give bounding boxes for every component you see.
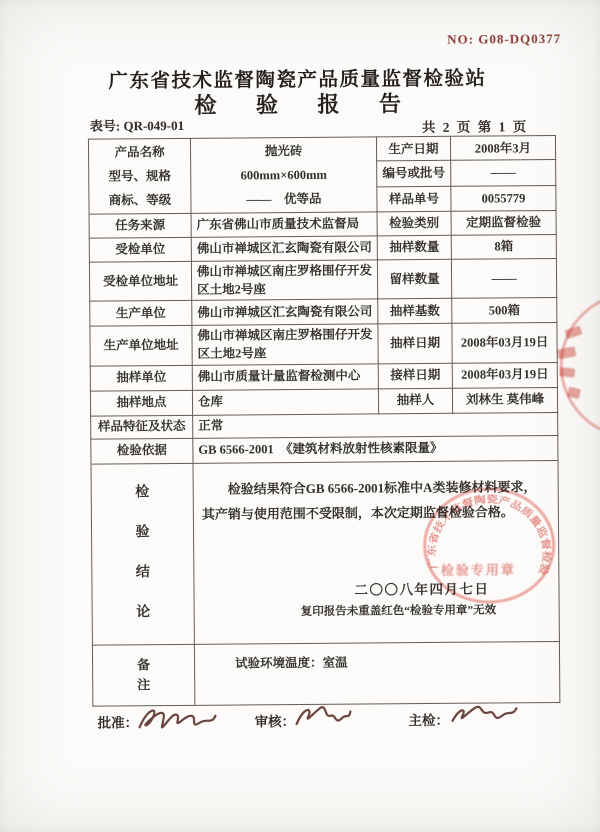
reviewer-signature [292, 700, 354, 738]
conclusion-text: 检验结果符合GB 6566-2001标准中A类装修材料要求，其产销与使用范围不受… [202, 474, 548, 527]
sample-no-value: 0055779 [451, 185, 556, 211]
edge-stamp-mark [559, 367, 575, 377]
scanned-report-page: NO: G08-DQ0377 广东省技术监督陶瓷产品质量监督检验站 检 验 报 … [0, 0, 600, 832]
inspected-addr-label: 受检单位地址 [89, 261, 191, 301]
producer-label: 生产单位 [90, 301, 192, 327]
document: NO: G08-DQ0377 广东省技术监督陶瓷产品质量监督检验站 检 验 报 … [0, 0, 600, 832]
inspected-unit-value: 佛山市禅城区汇玄陶瓷有限公司 [191, 236, 377, 261]
producer-value: 佛山市禅城区汇玄陶瓷有限公司 [192, 299, 378, 325]
batch-no-label: 编号或批号 [377, 161, 451, 187]
sample-qty-value: 8箱 [451, 234, 556, 259]
chief-signature [448, 698, 520, 737]
sample-base-label: 抽样基数 [378, 299, 452, 325]
producer-addr-value: 佛山市禅城区南庄罗格围仔开发区土地2号座 [192, 324, 378, 365]
table-row: 抽样地点 仓库 抽样人 刘林生 莫伟峰 [90, 387, 557, 416]
retained-qty-value: —— [451, 258, 556, 298]
inspection-type-value: 定期监督检验 [451, 210, 556, 235]
retained-qty-label: 留样数量 [377, 259, 451, 299]
table-row: 任务来源 广东省佛山市质量技术监督局 检验类别 定期监督检验 [89, 210, 556, 238]
page-count: 共 2 页 第 1 页 [422, 115, 529, 136]
conclusion-row: 检 验 结 论 检验结果符合GB 6566-2001标准中A类装修材料要求，其产… [91, 460, 559, 645]
sampling-place-value: 仓库 [192, 388, 378, 414]
production-date-label: 生产日期 [376, 136, 450, 161]
brand-grade-label: 商标、等级 [92, 188, 187, 213]
production-date-value: 2008年3月 [450, 135, 555, 160]
sample-qty-label: 抽样数量 [377, 235, 451, 260]
task-source-value: 广东省佛山市质量技术监督局 [191, 212, 377, 237]
sample-state-value: 正常 [193, 412, 558, 438]
sampling-unit-value: 佛山市质量计量监督检测中心 [192, 363, 378, 389]
table-row: 生产单位地址 佛山市禅城区南庄罗格围仔开发区土地2号座 抽样日期 2008年03… [90, 323, 557, 366]
sampling-place-label: 抽样地点 [90, 390, 192, 416]
copy-invalid-note: 复印报告未重盖红色“检验专用章”无效 [301, 602, 497, 620]
table-row: 检验依据 GB 6566-2001 《建筑材料放射性核素限量》 [91, 435, 558, 464]
inspected-unit-label: 受检单位 [89, 237, 191, 262]
sample-base-value: 500箱 [452, 298, 557, 324]
inspection-basis-value: GB 6566-2001 《建筑材料放射性核素限量》 [193, 435, 558, 463]
conclusion-cell: 检验结果符合GB 6566-2001标准中A类装修材料要求，其产销与使用范围不受… [193, 460, 559, 644]
remark-value: 试验环境温度：室温 [194, 641, 559, 705]
conclusion-label-char: 验 [92, 523, 193, 544]
table-row: 抽样单位 佛山市质量计量监督检测中心 接样日期 2008年03月19日 [90, 362, 557, 391]
brand-grade-value: —— 优等品 [194, 186, 373, 211]
table-row: 受检单位 佛山市禅城区汇玄陶瓷有限公司 抽样数量 8箱 [89, 234, 556, 262]
table-row: 受检单位地址 佛山市禅城区南庄罗格围仔开发区土地2号座 留样数量 —— [89, 258, 556, 301]
batch-no-value: —— [451, 160, 556, 186]
sampling-unit-label: 抽样单位 [90, 365, 192, 391]
model-spec-label: 型号、规格 [92, 164, 187, 189]
remark-label-char: 备 [93, 654, 194, 675]
conclusion-date: 二〇〇八年四月七日 [354, 579, 489, 600]
stamp-center-text: 检验专用章 [415, 561, 541, 581]
inspection-type-label: 检验类别 [377, 211, 451, 236]
sample-state-label: 样品特征及状态 [91, 415, 193, 439]
chief-label: 主检： [408, 709, 449, 729]
product-label-cell: 产品名称 型号、规格 商标、等级 [88, 138, 191, 214]
conclusion-label-char: 论 [93, 603, 194, 624]
sampler-value: 刘林生 莫伟峰 [452, 387, 557, 413]
task-source-label: 任务来源 [89, 213, 191, 238]
sampling-date-label: 抽样日期 [378, 324, 452, 364]
remark-label-char: 注 [93, 674, 194, 695]
sampler-label: 抽样人 [378, 388, 452, 414]
conclusion-label-char: 结 [92, 563, 193, 584]
producer-addr-label: 生产单位地址 [90, 326, 192, 366]
receiving-date-label: 接样日期 [378, 363, 452, 389]
product-name-value: 抛光砖 [194, 138, 373, 163]
edge-stamp-icon [559, 292, 600, 439]
sampling-date-value: 2008年03月19日 [452, 323, 557, 363]
review-label: 审核： [254, 710, 295, 730]
inspected-addr-value: 佛山市禅城区南庄罗格围仔开发区土地2号座 [191, 260, 377, 301]
report-table: 产品名称 型号、规格 商标、等级 抛光砖 600mm×600mm —— 优等品 … [88, 135, 560, 706]
product-value-cell: 抛光砖 600mm×600mm —— 优等品 [190, 137, 377, 213]
edge-stamp-mark [567, 387, 581, 400]
receiving-date-value: 2008年03月19日 [452, 362, 557, 388]
table-row: 生产单位 佛山市禅城区汇玄陶瓷有限公司 抽样基数 500箱 [90, 298, 557, 327]
approver-signature [135, 701, 219, 740]
conclusion-label-char: 检 [92, 483, 193, 504]
edge-stamp-mark [557, 346, 577, 359]
conclusion-label-cell: 检 验 结 论 [91, 463, 194, 645]
remark-row: 备 注 试验环境温度：室温 [92, 641, 559, 706]
edge-stamp-mark [564, 326, 582, 340]
approve-label: 批准： [97, 711, 138, 731]
inspection-basis-label: 检验依据 [91, 438, 193, 464]
form-number: 表号: QR-049-01 [90, 115, 184, 135]
model-spec-value: 600mm×600mm [194, 162, 373, 187]
sample-no-label: 样品单号 [377, 186, 451, 212]
product-name-label: 产品名称 [92, 140, 187, 165]
report-number: NO: G08-DQ0377 [447, 31, 561, 48]
signature-row: 批准： 审核： 主检： [2, 698, 600, 743]
remark-label-cell: 备 注 [92, 644, 194, 706]
